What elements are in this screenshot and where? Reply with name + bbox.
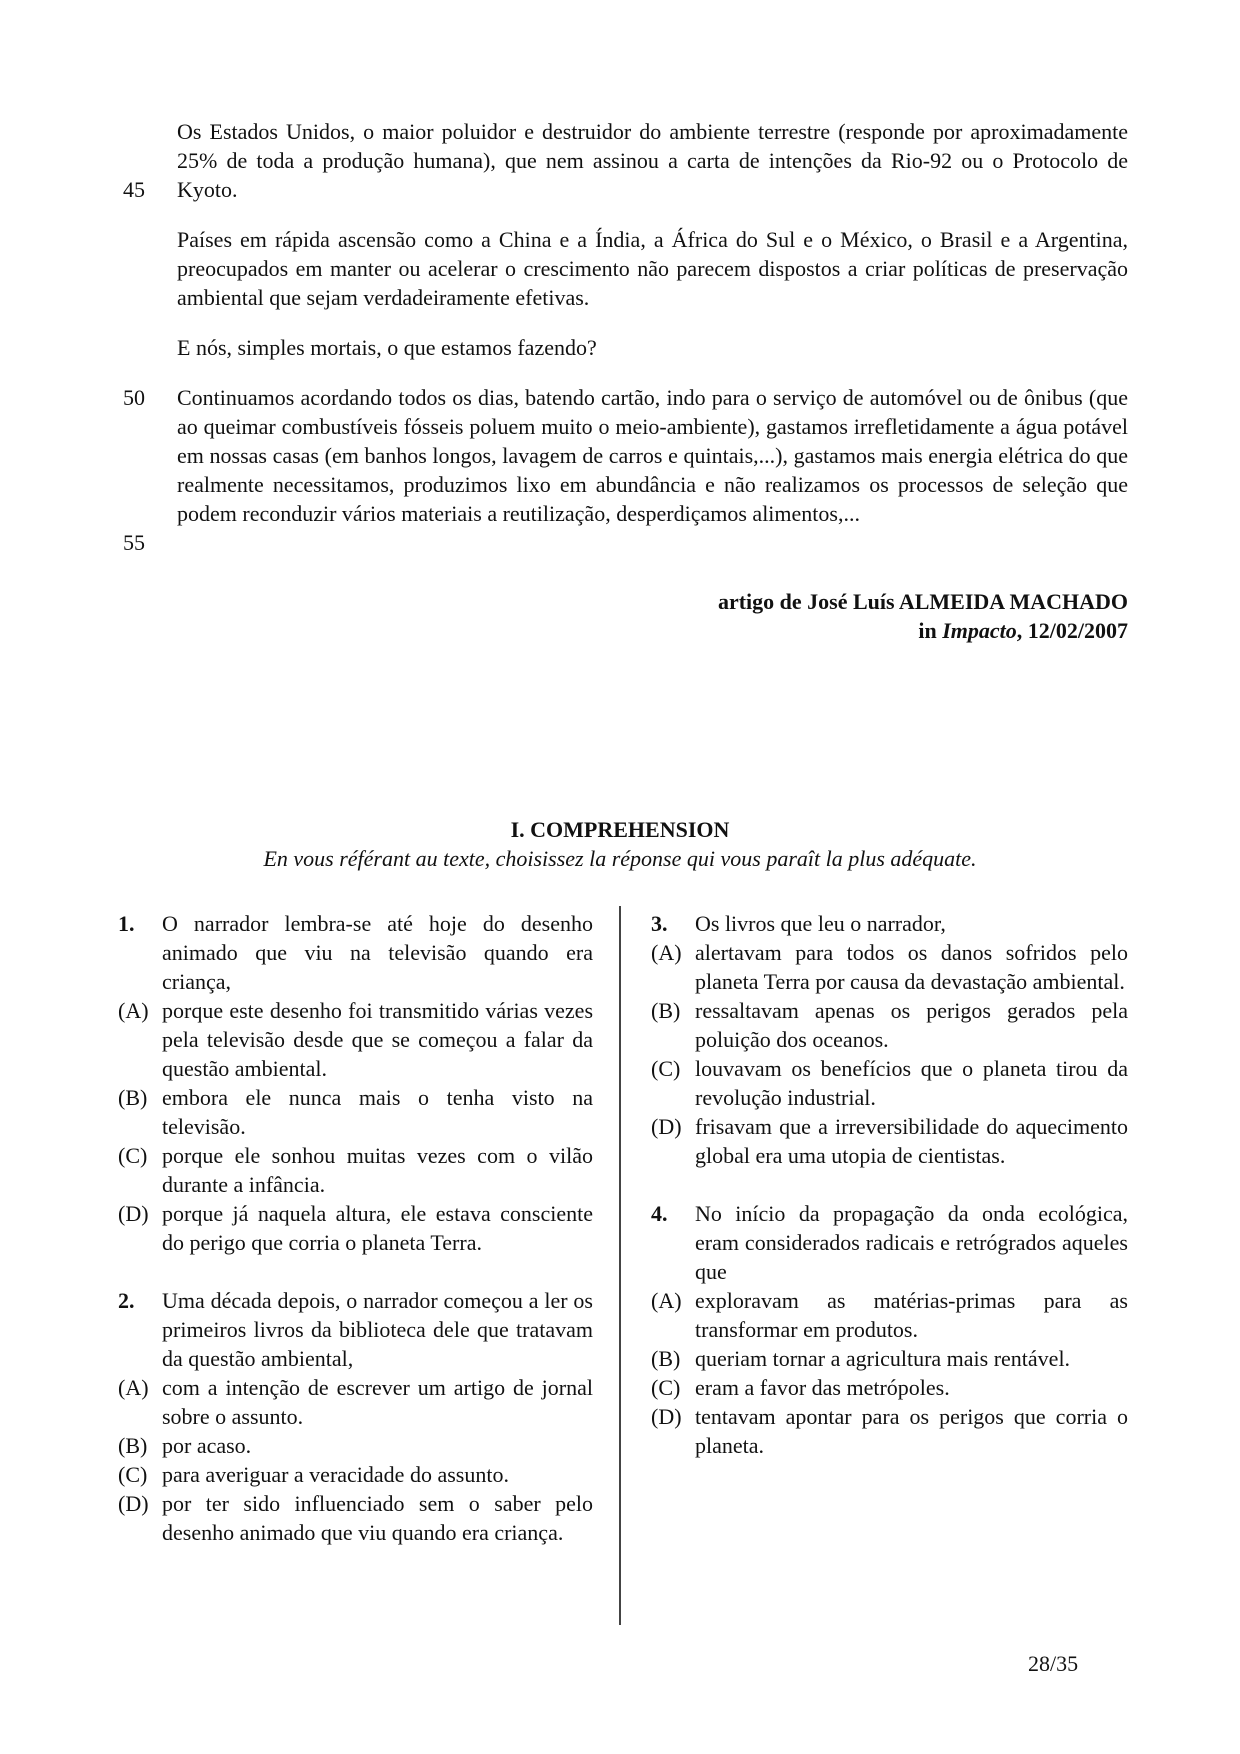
question-number: 2. — [118, 1286, 162, 1373]
option-a[interactable]: (A)alertavam para todos os danos sofrido… — [651, 938, 1128, 996]
question-text: No início da propagação da onda ecológic… — [695, 1199, 1128, 1286]
option-label: (C) — [118, 1141, 162, 1199]
question-number: 4. — [651, 1199, 695, 1286]
option-label: (A) — [651, 938, 695, 996]
questions-right-column: 3. Os livros que leu o narrador, (A)aler… — [651, 909, 1128, 1489]
option-text: frisavam que a irreversibilidade do aque… — [695, 1112, 1128, 1170]
article-paragraph: 45 Os Estados Unidos, o maior poluidor e… — [177, 117, 1128, 204]
article-paragraph: E nós, simples mortais, o que estamos fa… — [177, 333, 1128, 362]
option-label: (B) — [651, 996, 695, 1054]
questions-left-column: 1. O narrador lembra-se até hoje do dese… — [118, 909, 593, 1576]
article-body: 45 Os Estados Unidos, o maior poluidor e… — [177, 117, 1128, 549]
page-number: 28/35 — [1028, 1651, 1078, 1677]
option-b[interactable]: (B)ressaltavam apenas os perigos gerados… — [651, 996, 1128, 1054]
section-title: I. COMPREHENSION — [0, 815, 1240, 844]
question-text: Uma década depois, o narrador começou a … — [162, 1286, 593, 1373]
option-d[interactable]: (D)tentavam apontar para os perigos que … — [651, 1402, 1128, 1460]
document-page: 45 Os Estados Unidos, o maior poluidor e… — [0, 0, 1240, 1754]
column-divider — [619, 906, 621, 1625]
option-text: exploravam as matérias-primas para as tr… — [695, 1286, 1128, 1344]
paragraph-text: Os Estados Unidos, o maior poluidor e de… — [177, 117, 1128, 204]
option-label: (C) — [651, 1373, 695, 1402]
option-label: (D) — [651, 1402, 695, 1460]
option-b[interactable]: (B)embora ele nunca mais o tenha visto n… — [118, 1083, 593, 1141]
question-stem: 2. Uma década depois, o narrador começou… — [118, 1286, 593, 1373]
article-paragraph: Países em rápida ascensão como a China e… — [177, 225, 1128, 312]
option-text: queriam tornar a agricultura mais rentáv… — [695, 1344, 1128, 1373]
question-4: 4. No início da propagação da onda ecoló… — [651, 1199, 1128, 1460]
question-2: 2. Uma década depois, o narrador começou… — [118, 1286, 593, 1547]
line-number: 55 — [123, 528, 145, 557]
question-text: O narrador lembra-se até hoje do desenho… — [162, 909, 593, 996]
option-label: (D) — [118, 1489, 162, 1547]
option-text: louvavam os benefícios que o planeta tir… — [695, 1054, 1128, 1112]
option-a[interactable]: (A)porque este desenho foi transmitido v… — [118, 996, 593, 1083]
question-number: 1. — [118, 909, 162, 996]
paragraph-text: Países em rápida ascensão como a China e… — [177, 225, 1128, 312]
option-text: ressaltavam apenas os perigos gerados pe… — [695, 996, 1128, 1054]
option-text: para averiguar a veracidade do assunto. — [162, 1460, 593, 1489]
option-label: (B) — [118, 1083, 162, 1141]
option-b[interactable]: (B)queriam tornar a agricultura mais ren… — [651, 1344, 1128, 1373]
option-text: por ter sido influenciado sem o saber pe… — [162, 1489, 593, 1547]
option-label: (C) — [651, 1054, 695, 1112]
question-1: 1. O narrador lembra-se até hoje do dese… — [118, 909, 593, 1257]
option-label: (D) — [651, 1112, 695, 1170]
option-text: embora ele nunca mais o tenha visto na t… — [162, 1083, 593, 1141]
option-d[interactable]: (D)frisavam que a irreversibilidade do a… — [651, 1112, 1128, 1170]
question-3: 3. Os livros que leu o narrador, (A)aler… — [651, 909, 1128, 1170]
line-number: 50 — [123, 383, 145, 412]
option-text: eram a favor das metrópoles. — [695, 1373, 1128, 1402]
option-label: (A) — [118, 996, 162, 1083]
question-stem: 1. O narrador lembra-se até hoje do dese… — [118, 909, 593, 996]
option-label: (A) — [651, 1286, 695, 1344]
article-signature: artigo de José Luís ALMEIDA MACHADO in I… — [718, 587, 1128, 645]
option-c[interactable]: (C)eram a favor das metrópoles. — [651, 1373, 1128, 1402]
option-c[interactable]: (C)louvavam os benefícios que o planeta … — [651, 1054, 1128, 1112]
question-number: 3. — [651, 909, 695, 938]
line-number: 45 — [123, 175, 145, 204]
option-c[interactable]: (C)porque ele sonhou muitas vezes com o … — [118, 1141, 593, 1199]
option-a[interactable]: (A)exploravam as matérias-primas para as… — [651, 1286, 1128, 1344]
option-label: (D) — [118, 1199, 162, 1257]
option-text: alertavam para todos os danos sofridos p… — [695, 938, 1128, 996]
option-d[interactable]: (D)porque já naquela altura, ele estava … — [118, 1199, 593, 1257]
option-label: (C) — [118, 1460, 162, 1489]
option-text: porque já naquela altura, ele estava con… — [162, 1199, 593, 1257]
option-a[interactable]: (A)com a intenção de escrever um artigo … — [118, 1373, 593, 1431]
option-text: por acaso. — [162, 1431, 593, 1460]
article-paragraph: 50 55 Continuamos acordando todos os dia… — [177, 383, 1128, 528]
option-text: com a intenção de escrever um artigo de … — [162, 1373, 593, 1431]
option-label: (B) — [651, 1344, 695, 1373]
option-text: porque este desenho foi transmitido vári… — [162, 996, 593, 1083]
option-c[interactable]: (C)para averiguar a veracidade do assunt… — [118, 1460, 593, 1489]
publication-line: in Impacto, 12/02/2007 — [718, 616, 1128, 645]
option-d[interactable]: (D)por ter sido influenciado sem o saber… — [118, 1489, 593, 1547]
option-text: tentavam apontar para os perigos que cor… — [695, 1402, 1128, 1460]
option-b[interactable]: (B)por acaso. — [118, 1431, 593, 1460]
publication-date: , 12/02/2007 — [1017, 618, 1128, 643]
paragraph-text: E nós, simples mortais, o que estamos fa… — [177, 333, 1128, 362]
author-line: artigo de José Luís ALMEIDA MACHADO — [718, 587, 1128, 616]
paragraph-text: Continuamos acordando todos os dias, bat… — [177, 383, 1128, 528]
question-stem: 3. Os livros que leu o narrador, — [651, 909, 1128, 938]
option-label: (B) — [118, 1431, 162, 1460]
section-instruction: En vous référant au texte, choisissez la… — [0, 844, 1240, 873]
option-label: (A) — [118, 1373, 162, 1431]
publication-name: Impacto — [942, 618, 1017, 643]
question-text: Os livros que leu o narrador, — [695, 909, 1128, 938]
option-text: porque ele sonhou muitas vezes com o vil… — [162, 1141, 593, 1199]
question-stem: 4. No início da propagação da onda ecoló… — [651, 1199, 1128, 1286]
